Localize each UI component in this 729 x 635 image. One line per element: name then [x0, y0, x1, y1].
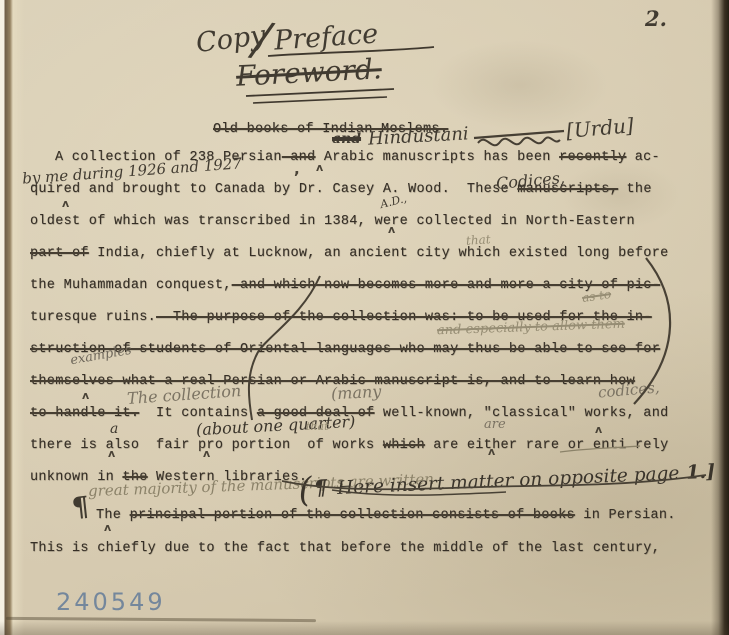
scribble-mark: [474, 131, 564, 138]
insert-text: Here insert matter on opposite page: [337, 463, 680, 499]
typed-line: part of India, chiefly at Lucknow, an an…: [30, 246, 669, 261]
typed-text: turesque ruins.: [30, 310, 156, 325]
annotation-struck-and: and: [332, 131, 361, 147]
caret-mark: ʌ: [488, 445, 495, 458]
annotation-inserted-are: are: [484, 417, 506, 432]
caret-mark: ʌ: [104, 521, 111, 534]
typed-text: well-known, "classical" works, and: [374, 406, 668, 421]
annotation-codices-lower: codices,: [597, 378, 660, 401]
typed-text: quired and brought to Canada by Dr. Case…: [30, 182, 517, 197]
typed-text: The: [96, 508, 130, 523]
caret-mark: ʌ: [108, 447, 115, 460]
annotation-urdu: [Urdu]: [565, 113, 635, 143]
scan-right-edge: [711, 0, 729, 635]
typed-text: Arabic manuscripts has been: [315, 150, 559, 165]
typed-text: the Muhammadan conquest,: [30, 278, 232, 293]
caret-mark: ʌ: [82, 389, 89, 402]
typed-text: This is chiefly due to the fact that bef…: [30, 541, 660, 556]
annotation-hindustani: Hindustani: [368, 123, 470, 149]
caret-mark: ʌ: [62, 197, 69, 210]
scribble-mark: [478, 137, 560, 145]
annotation-as-to: as to: [581, 287, 612, 305]
annotation-that-2: that: [306, 420, 328, 433]
paragraph-mark: ¶: [70, 491, 90, 524]
scan-bottom-shade: [0, 621, 729, 635]
scan-left-edge: [0, 0, 24, 635]
cover-note-rejected-word: Foreword.: [235, 52, 382, 93]
insert-paren: (: [298, 470, 313, 511]
typed-line: oldest of which was transcribed in 1384,…: [30, 214, 635, 229]
handwritten-page-number: 2.: [645, 6, 667, 31]
caret-mark: ʌ: [388, 223, 395, 236]
caret-mark: ʌ: [595, 423, 602, 436]
typed-text-struck: to handle it.: [30, 406, 139, 421]
insert-pilcrow: ¶: [313, 474, 327, 500]
annotation-many: (many: [331, 382, 382, 404]
typed-line: the Muhammadan conquest, and which now b…: [30, 278, 660, 293]
typed-text: India, chiefly at Lucknow, an ancient ci…: [89, 246, 669, 261]
annotation-that-1: that: [466, 232, 491, 248]
annotation-inserted-a: a: [110, 421, 118, 437]
accession-number-stamp: 240549: [56, 588, 166, 616]
typed-text-struck: part of: [30, 246, 89, 261]
typed-text: ac-: [626, 150, 660, 165]
inserted-comma-mark: ,: [294, 160, 300, 178]
underline-stroke: [253, 97, 387, 103]
typed-line: This is chiefly due to the fact that bef…: [30, 541, 660, 556]
typed-text: the: [618, 182, 652, 197]
typed-text: oldest of which was transcribed in 1384,…: [30, 214, 635, 229]
caret-mark: ʌ: [203, 447, 210, 460]
manuscript-page: Old books of Indian Moslems. A collectio…: [0, 0, 729, 635]
cover-note-word: Preface: [273, 18, 379, 56]
typed-text-struck: recently: [559, 150, 626, 165]
caret-mark: ʌ: [316, 161, 323, 174]
